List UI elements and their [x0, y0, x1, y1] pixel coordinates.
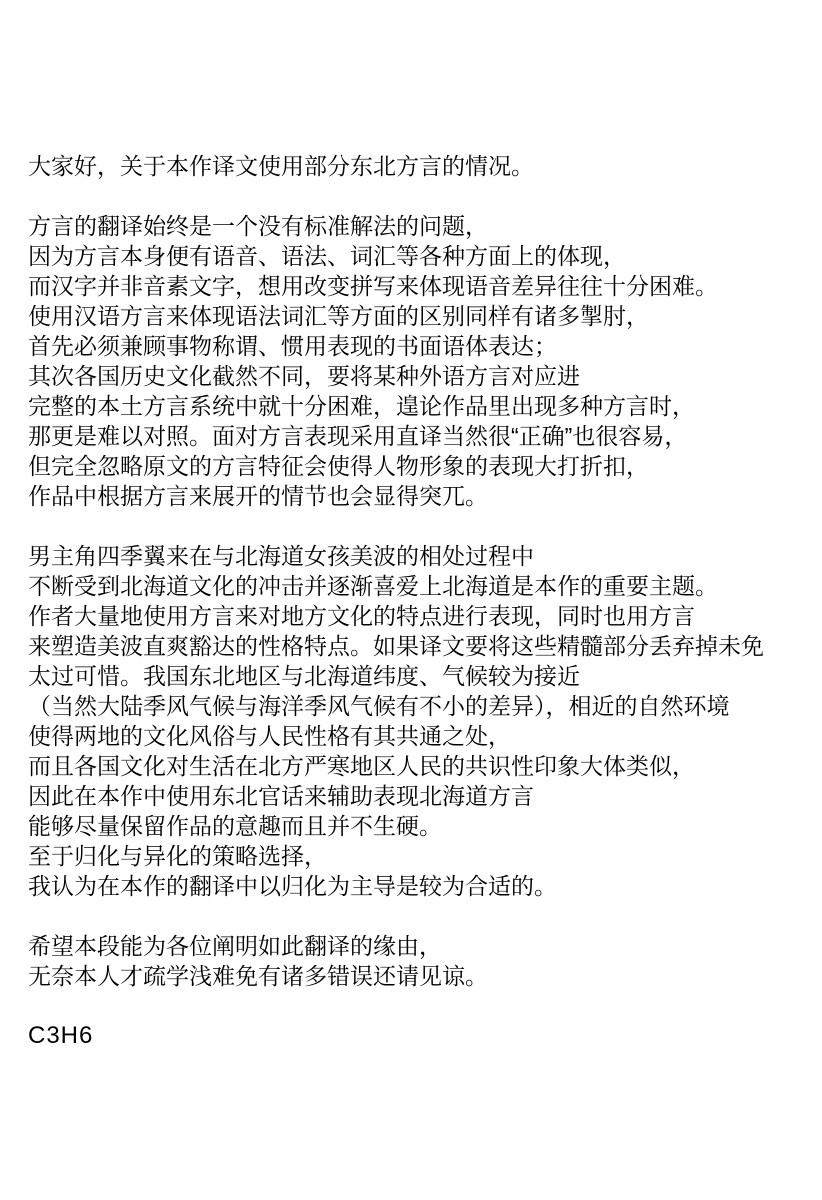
text-line: 因此在本作中使用东北官话来辅助表现北海道方言 [28, 781, 806, 811]
paragraph-greeting: 大家好，关于本作译文使用部分东北方言的情况。 [28, 151, 806, 181]
text-line: 但完全忽略原文的方言特征会使得人物形象的表现大打折扣， [28, 451, 806, 481]
text-line: 至于归化与异化的策略选择， [28, 841, 806, 871]
text-line: 首先必须兼顾事物称谓、惯用表现的书面语体表达； [28, 331, 806, 361]
paragraph-dialect-problem: 方言的翻译始终是一个没有标准解法的问题， 因为方言本身便有语音、语法、词汇等各种… [28, 211, 806, 511]
text-line: 太过可惜。我国东北地区与北海道纬度、气候较为接近 [28, 661, 806, 691]
text-line: 使用汉语方言来体现语法词汇等方面的区别同样有诸多掣肘， [28, 301, 806, 331]
signature-text: C3H6 [28, 1021, 806, 1051]
paragraph-closing: 希望本段能为各位阐明如此翻译的缘由， 无奈本人才疏学浅难免有诸多错误还请见谅。 [28, 931, 806, 991]
text-line: 使得两地的文化风俗与人民性格有其共通之处， [28, 721, 806, 751]
text-line: 那更是难以对照。面对方言表现采用直译当然很“正确”也很容易， [28, 421, 806, 451]
text-line: 而且各国文化对生活在北方严寒地区人民的共识性印象大体类似， [28, 751, 806, 781]
text-line: 作品中根据方言来展开的情节也会显得突兀。 [28, 481, 806, 511]
text-line: 来塑造美波直爽豁达的性格特点。如果译文要将这些精髓部分丢弃掉未免 [28, 631, 806, 661]
text-line: 作者大量地使用方言来对地方文化的特点进行表现，同时也用方言 [28, 601, 806, 631]
text-line: 其次各国历史文化截然不同，要将某种外语方言对应进 [28, 361, 806, 391]
text-line: 能够尽量保留作品的意趣而且并不生硬。 [28, 811, 806, 841]
text-line: 无奈本人才疏学浅难免有诸多错误还请见谅。 [28, 961, 806, 991]
text-line: 完整的本土方言系统中就十分困难，遑论作品里出现多种方言时， [28, 391, 806, 421]
text-line: 希望本段能为各位阐明如此翻译的缘由， [28, 931, 806, 961]
text-line: 因为方言本身便有语音、语法、词汇等各种方面上的体现， [28, 241, 806, 271]
translator-signature: C3H6 [28, 1021, 806, 1051]
text-line: 不断受到北海道文化的冲击并逐渐喜爱上北海道是本作的重要主题。 [28, 571, 806, 601]
text-line: （当然大陆季风气候与海洋季风气候有不小的差异），相近的自然环境 [28, 691, 806, 721]
paragraph-translation-rationale: 男主角四季翼来在与北海道女孩美波的相处过程中 不断受到北海道文化的冲击并逐渐喜爱… [28, 541, 806, 901]
text-line: 而汉字并非音素文字，想用改变拼写来体现语音差异往往十分困难。 [28, 271, 806, 301]
text-line: 我认为在本作的翻译中以归化为主导是较为合适的。 [28, 871, 806, 901]
text-line: 方言的翻译始终是一个没有标准解法的问题， [28, 211, 806, 241]
translator-note-page: 大家好，关于本作译文使用部分东北方言的情况。 方言的翻译始终是一个没有标准解法的… [0, 0, 822, 1200]
text-line: 大家好，关于本作译文使用部分东北方言的情况。 [28, 151, 806, 181]
text-line: 男主角四季翼来在与北海道女孩美波的相处过程中 [28, 541, 806, 571]
